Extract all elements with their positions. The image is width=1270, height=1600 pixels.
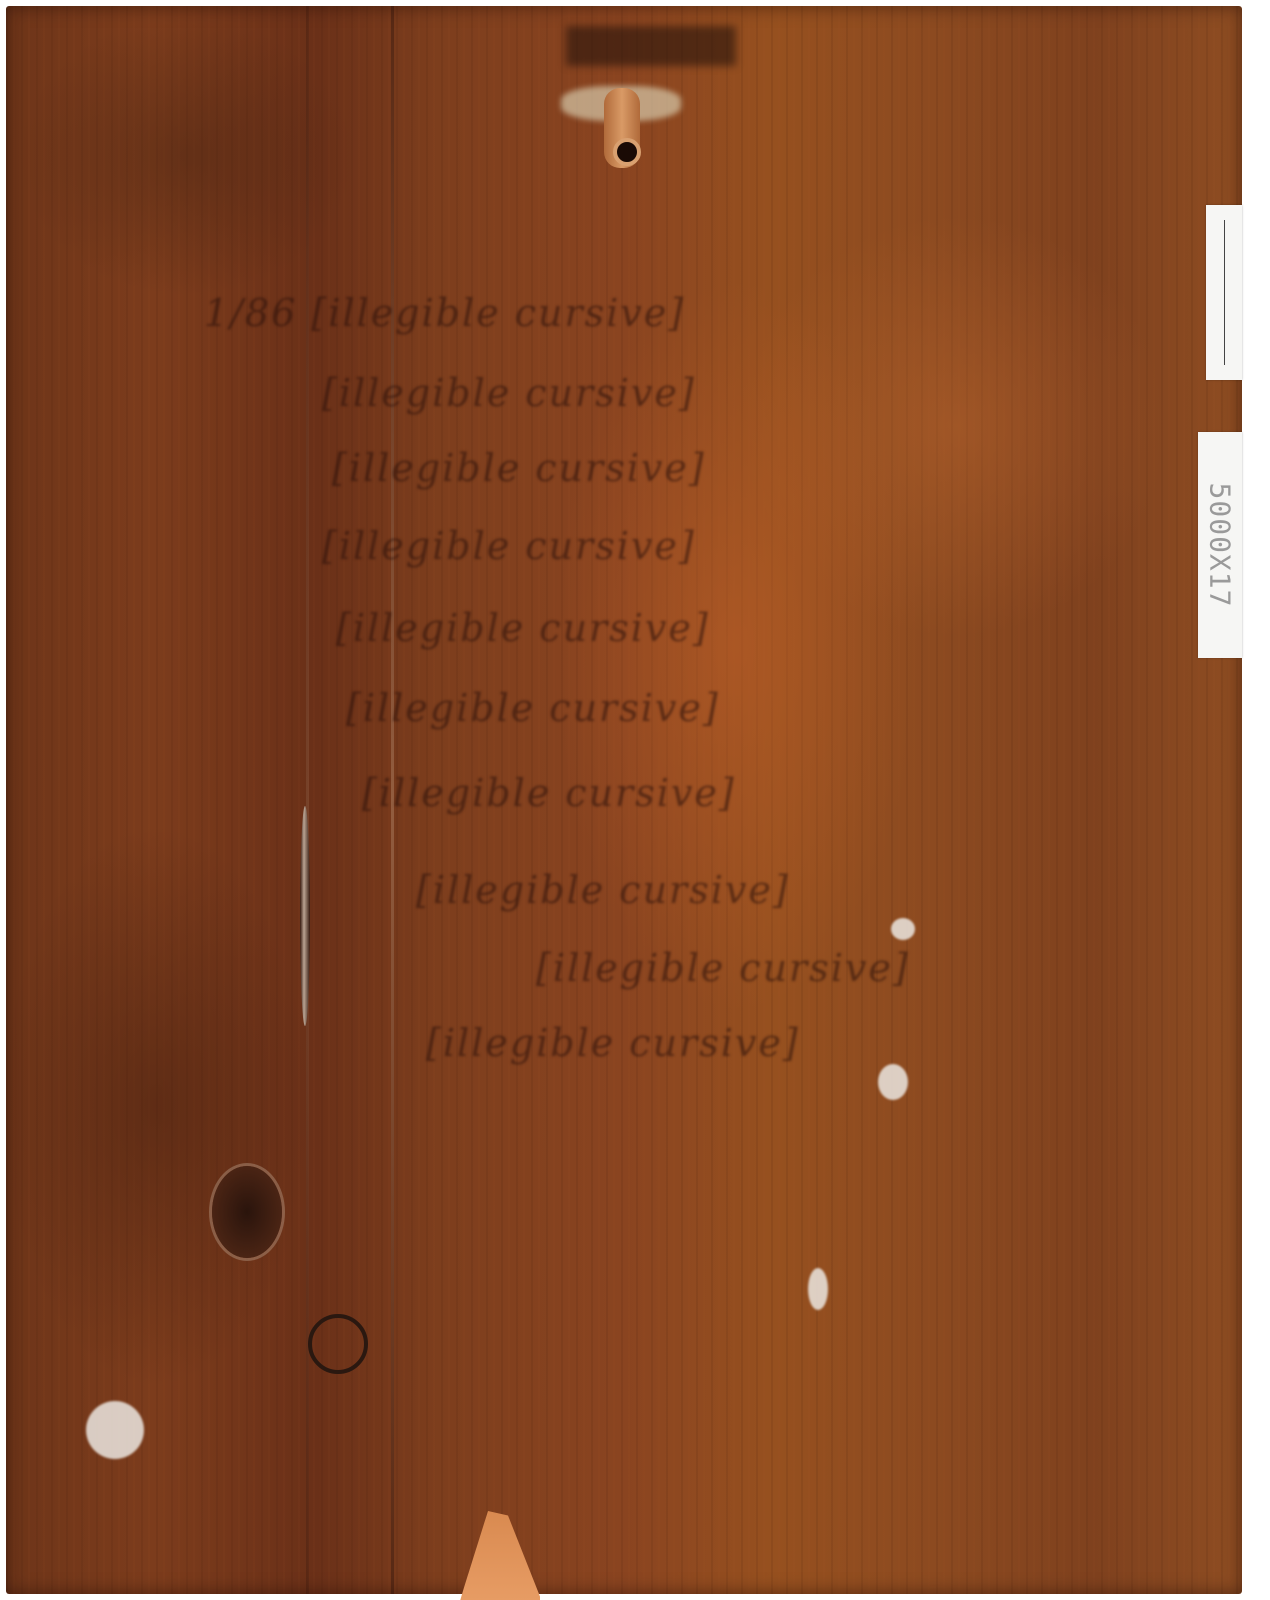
peg-hole: [613, 138, 641, 166]
inscription-line: [illegible cursive]: [322, 371, 696, 415]
paint-spot: [808, 1268, 828, 1310]
wood-knot-ring: [308, 1314, 368, 1374]
inscription-line: [illegible cursive]: [362, 771, 736, 815]
inscription-line: [illegible cursive]: [426, 1021, 800, 1065]
inscription-line: [illegible cursive]: [332, 446, 706, 490]
chipped-wood: [460, 1511, 540, 1600]
paint-spot: [86, 1401, 144, 1459]
sticker-label: [1206, 205, 1242, 380]
paint-spot: [878, 1064, 908, 1100]
inscription-line: [illegible cursive]: [536, 946, 910, 990]
damaged-edge: [566, 26, 736, 66]
plank-seam: [306, 6, 309, 1594]
wood-crack: [300, 806, 310, 1026]
inventory-label: 5000X17: [1198, 432, 1242, 658]
wooden-panel: 1/86 [illegible cursive] [illegible curs…: [6, 6, 1242, 1594]
inscription-line: [illegible cursive]: [322, 524, 696, 568]
wood-knot: [212, 1166, 282, 1258]
paint-spot: [891, 918, 915, 940]
inscription-line: 1/86 [illegible cursive]: [204, 291, 685, 335]
label-line: [1224, 220, 1225, 365]
inscription-line: [illegible cursive]: [416, 868, 790, 912]
inscription-line: [illegible cursive]: [346, 686, 720, 730]
inscription-line: [illegible cursive]: [336, 606, 710, 650]
inventory-number: 5000X17: [1204, 482, 1237, 607]
